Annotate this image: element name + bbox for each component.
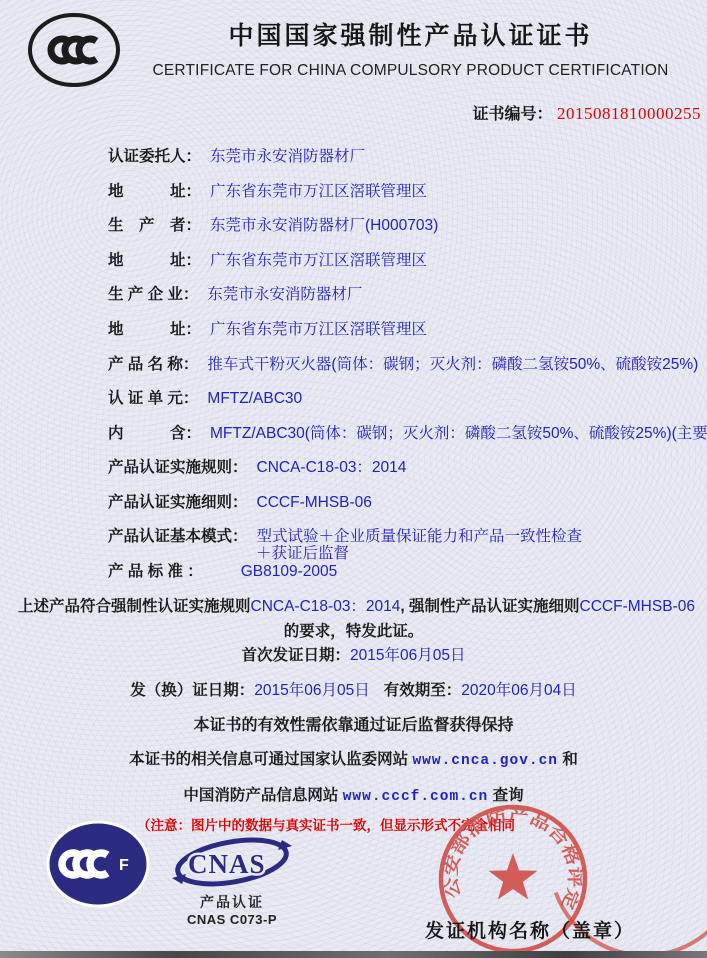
field-label: 产 品 名 称： bbox=[108, 356, 198, 373]
certificate-number-label: 证书编号： bbox=[473, 106, 553, 123]
field-row-address-3: 地 址：广东省东莞市万江区滘联管理区 bbox=[108, 320, 707, 355]
field-value: 东莞市永安消防器材厂 bbox=[207, 286, 362, 303]
field-value: 东莞市永安消防器材厂(H000703) bbox=[210, 217, 438, 234]
certificate-number: 证书编号： 2015081810000255 bbox=[473, 101, 701, 124]
field-label: 认 证 单 元： bbox=[108, 390, 198, 407]
cnas-logo-icon: CNAS bbox=[170, 830, 294, 894]
issuer-caption: 发证机构名称（盖章） bbox=[425, 916, 635, 943]
field-row-consignor: 认证委托人：东莞市永安消防器材厂 bbox=[108, 147, 707, 182]
first-issue-label: 首次发证日期： bbox=[242, 647, 351, 664]
compliance-mid: , 强制性产品认证实施细则 bbox=[400, 598, 579, 615]
cnas-logo-text: CNAS bbox=[188, 849, 266, 879]
field-row-contains: 内 含：MFTZ/ABC30(筒体：碳钢；灭火剂：磷酸二氢铵50%、硫酸铵25%… bbox=[108, 424, 707, 459]
scan-edge bbox=[0, 951, 707, 958]
validity-note-text: 本证书的有效性需依靠通过证后监督获得保持 bbox=[193, 717, 513, 734]
field-label: 地 址： bbox=[108, 183, 201, 200]
cnas-cert-type: 产品认证 bbox=[168, 892, 296, 912]
field-label: 产品认证实施细则： bbox=[108, 494, 248, 511]
reissue-label: 发（换）证日期： bbox=[130, 682, 254, 699]
field-row-address-1: 地 址：广东省东莞市万江区滘联管理区 bbox=[108, 182, 707, 217]
field-row-product-standard: 产 品 标 准 ：GB8109-2005 bbox=[108, 562, 707, 597]
field-label: 产品认证基本模式： bbox=[108, 528, 248, 545]
page-title: 中国国家强制性产品认证证书 bbox=[118, 16, 703, 52]
field-label: 认证委托人： bbox=[108, 148, 201, 165]
compliance-detail: CCCF-MHSB-06 bbox=[580, 598, 695, 615]
first-issue-date-line: 首次发证日期：2015年06月05日 bbox=[0, 643, 707, 665]
compliance-statement: 上述产品符合强制性认证实施规则CNCA-C18-03：2014, 强制性产品认证… bbox=[18, 594, 695, 616]
compliance-rule: CNCA-C18-03：2014 bbox=[251, 598, 401, 615]
certificate-page: 中国国家强制性产品认证证书 CERTIFICATE FOR CHINA COMP… bbox=[0, 0, 707, 958]
field-row-product-name: 产 品 名 称：推车式干粉灭火器(筒体：碳钢；灭火剂：磷酸二氢铵50%、硫酸铵2… bbox=[108, 355, 707, 390]
valid-until-label: 有效期至： bbox=[384, 682, 462, 699]
ccc-f-letter: F bbox=[119, 857, 129, 874]
field-value: CNCA-C18-03：2014 bbox=[257, 459, 407, 476]
field-value: 推车式干粉灭火器(筒体：碳钢；灭火剂：磷酸二氢铵50%、硫酸铵25%) bbox=[207, 356, 698, 373]
field-value-line2: ＋获证后监督 bbox=[256, 545, 707, 563]
cnca-url: www.cnca.gov.cn bbox=[412, 753, 558, 769]
cnas-cert-number: CNAS C073-P bbox=[168, 912, 296, 927]
field-label: 产 品 标 准 ： bbox=[108, 563, 203, 580]
field-row-impl-rule: 产品认证实施规则：CNCA-C18-03：2014 bbox=[108, 458, 707, 493]
info2-pre: 中国消防产品信息网站 bbox=[183, 787, 342, 804]
ccc-logo-icon bbox=[26, 11, 122, 89]
compliance-pre: 上述产品符合强制性认证实施规则 bbox=[18, 598, 251, 615]
field-value: 广东省东莞市万江区滘联管理区 bbox=[210, 183, 427, 200]
field-value: 东莞市永安消防器材厂 bbox=[210, 148, 365, 165]
cnas-accreditation: 产品认证 CNAS C073-P bbox=[168, 892, 296, 927]
field-row-cert-mode: 产品认证基本模式：型式试验＋企业质量保证能力和产品一致性检查 ＋获证后监督 bbox=[108, 528, 707, 563]
header: 中国国家强制性产品认证证书 CERTIFICATE FOR CHINA COMP… bbox=[118, 16, 703, 80]
first-issue-date: 2015年06月05日 bbox=[350, 647, 465, 664]
field-label: 地 址： bbox=[108, 321, 201, 338]
compliance-tail-text: 的要求，特发此证。 bbox=[284, 623, 424, 640]
certificate-fields: 认证委托人：东莞市永安消防器材厂 地 址：广东省东莞市万江区滘联管理区 生 产 … bbox=[108, 147, 707, 597]
field-row-cert-unit: 认 证 单 元：MFTZ/ABC30 bbox=[108, 389, 707, 424]
field-label: 内 含： bbox=[108, 425, 201, 442]
certificate-number-value: 2015081810000255 bbox=[557, 104, 701, 123]
reissue-date-line: 发（换）证日期：2015年06月05日有效期至：2020年06月04日 bbox=[0, 678, 707, 700]
info-pre: 本证书的相关信息可通过国家认监委网站 bbox=[129, 751, 412, 768]
field-value: MFTZ/ABC30(筒体：碳钢；灭火剂：磷酸二氢铵50%、硫酸铵25%)(主要 bbox=[210, 425, 707, 442]
field-value: MFTZ/ABC30 bbox=[207, 390, 302, 407]
stamp-star-icon bbox=[489, 853, 538, 900]
field-row-impl-detail: 产品认证实施细则：CCCF-MHSB-06 bbox=[108, 493, 707, 528]
field-value: CCCF-MHSB-06 bbox=[257, 494, 372, 511]
field-row-address-2: 地 址：广东省东莞市万江区滘联管理区 bbox=[108, 251, 707, 286]
field-value: 广东省东莞市万江区滘联管理区 bbox=[210, 321, 427, 338]
field-label: 生 产 企 业： bbox=[108, 286, 198, 303]
ccc-f-logo-icon: F bbox=[46, 820, 150, 908]
field-value: 广东省东莞市万江区滘联管理区 bbox=[210, 252, 427, 269]
field-row-producer: 生 产 企 业：东莞市永安消防器材厂 bbox=[108, 285, 707, 320]
valid-until-date: 2020年06月04日 bbox=[461, 682, 576, 699]
compliance-tail: 的要求，特发此证。 bbox=[0, 619, 707, 641]
reissue-date: 2015年06月05日 bbox=[254, 682, 369, 699]
validity-note: 本证书的有效性需依靠通过证后监督获得保持 bbox=[0, 712, 707, 735]
field-value: 型式试验＋企业质量保证能力和产品一致性检查 bbox=[257, 528, 583, 545]
field-value: GB8109-2005 bbox=[241, 563, 338, 580]
field-label: 生 产 者： bbox=[108, 217, 201, 234]
field-label: 地 址： bbox=[108, 252, 201, 269]
field-row-manufacturer: 生 产 者：东莞市永安消防器材厂(H000703) bbox=[108, 216, 707, 251]
page-subtitle: CERTIFICATE FOR CHINA COMPULSORY PRODUCT… bbox=[118, 62, 703, 80]
field-label: 产品认证实施规则： bbox=[108, 459, 248, 476]
